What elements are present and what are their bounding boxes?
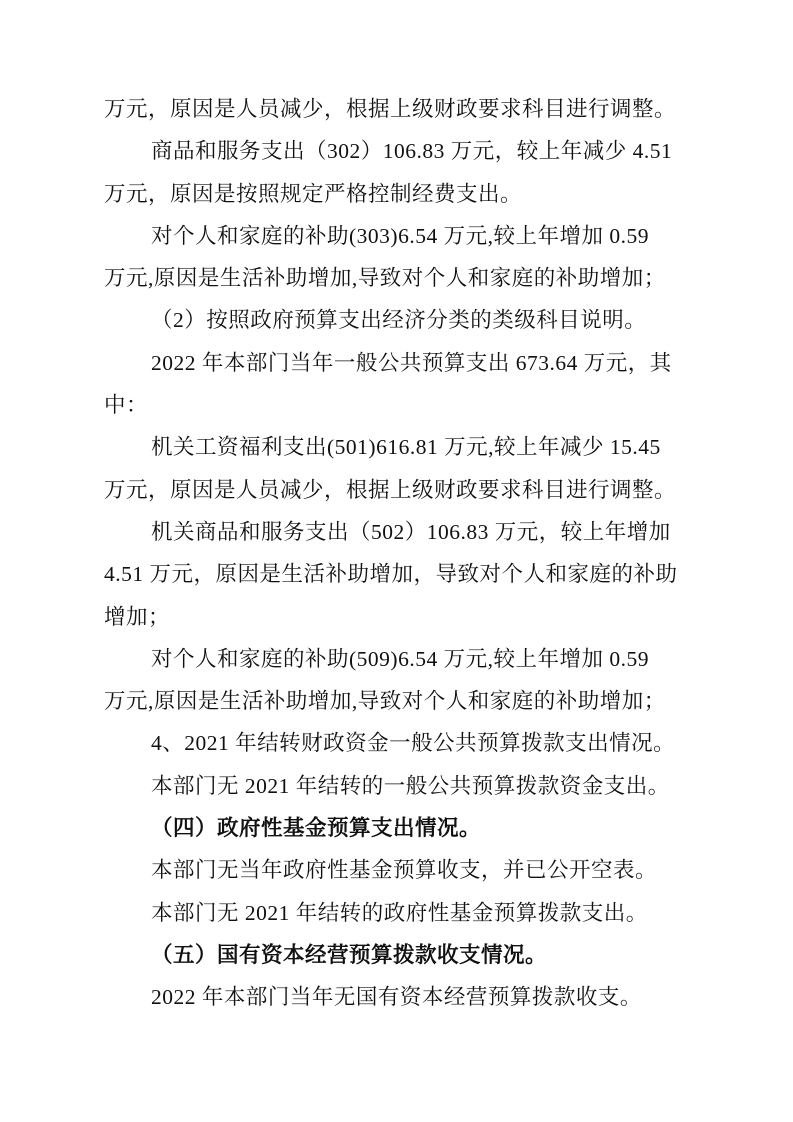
paragraph-line: 2022 年本部门当年一般公共预算支出 673.64 万元，其 xyxy=(104,342,693,384)
paragraph-continuation-line: 万元,原因是生活补助增加,导致对个人和家庭的补助增加； xyxy=(104,257,693,299)
paragraph-line: 机关商品和服务支出（502）106.83 万元，较上年增加 xyxy=(104,511,693,553)
section-heading-4: （四）政府性基金预算支出情况。 xyxy=(104,807,693,849)
document-page: 万元，原因是人员减少，根据上级财政要求科目进行调整。 商品和服务支出（302）1… xyxy=(0,0,793,1122)
paragraph-line: 对个人和家庭的补助(303)6.54 万元,较上年增加 0.59 xyxy=(104,215,693,257)
paragraph-continuation-line: 万元，原因是按照规定严格控制经费支出。 xyxy=(104,173,693,215)
section-heading-5: （五）国有资本经营预算拨款收支情况。 xyxy=(104,934,693,976)
paragraph-line: 机关工资福利支出(501)616.81 万元,较上年减少 15.45 xyxy=(104,426,693,468)
paragraph-line: 对个人和家庭的补助(509)6.54 万元,较上年增加 0.59 xyxy=(104,638,693,680)
paragraph-continuation-line: 增加； xyxy=(104,596,693,638)
paragraph-line: 2022 年本部门当年无国有资本经营预算拨款收支。 xyxy=(104,976,693,1018)
paragraph-continuation-line: 4.51 万元，原因是生活补助增加，导致对个人和家庭的补助 xyxy=(104,553,693,595)
paragraph-line: 4、2021 年结转财政资金一般公共预算拨款支出情况。 xyxy=(104,722,693,764)
paragraph-continuation-line: 万元，原因是人员减少，根据上级财政要求科目进行调整。 xyxy=(104,469,693,511)
paragraph-line: 商品和服务支出（302）106.83 万元，较上年减少 4.51 xyxy=(104,130,693,172)
paragraph-line: 本部门无当年政府性基金预算收支，并已公开空表。 xyxy=(104,849,693,891)
paragraph-continuation-line: 万元，原因是人员减少，根据上级财政要求科目进行调整。 xyxy=(104,88,693,130)
paragraph-continuation-line: 万元,原因是生活补助增加,导致对个人和家庭的补助增加； xyxy=(104,680,693,722)
paragraph-line: 本部门无 2021 年结转的政府性基金预算拨款支出。 xyxy=(104,892,693,934)
paragraph-line: 本部门无 2021 年结转的一般公共预算拨款资金支出。 xyxy=(104,765,693,807)
paragraph-line: （2）按照政府预算支出经济分类的类级科目说明。 xyxy=(104,299,693,341)
paragraph-continuation-line: 中： xyxy=(104,384,693,426)
